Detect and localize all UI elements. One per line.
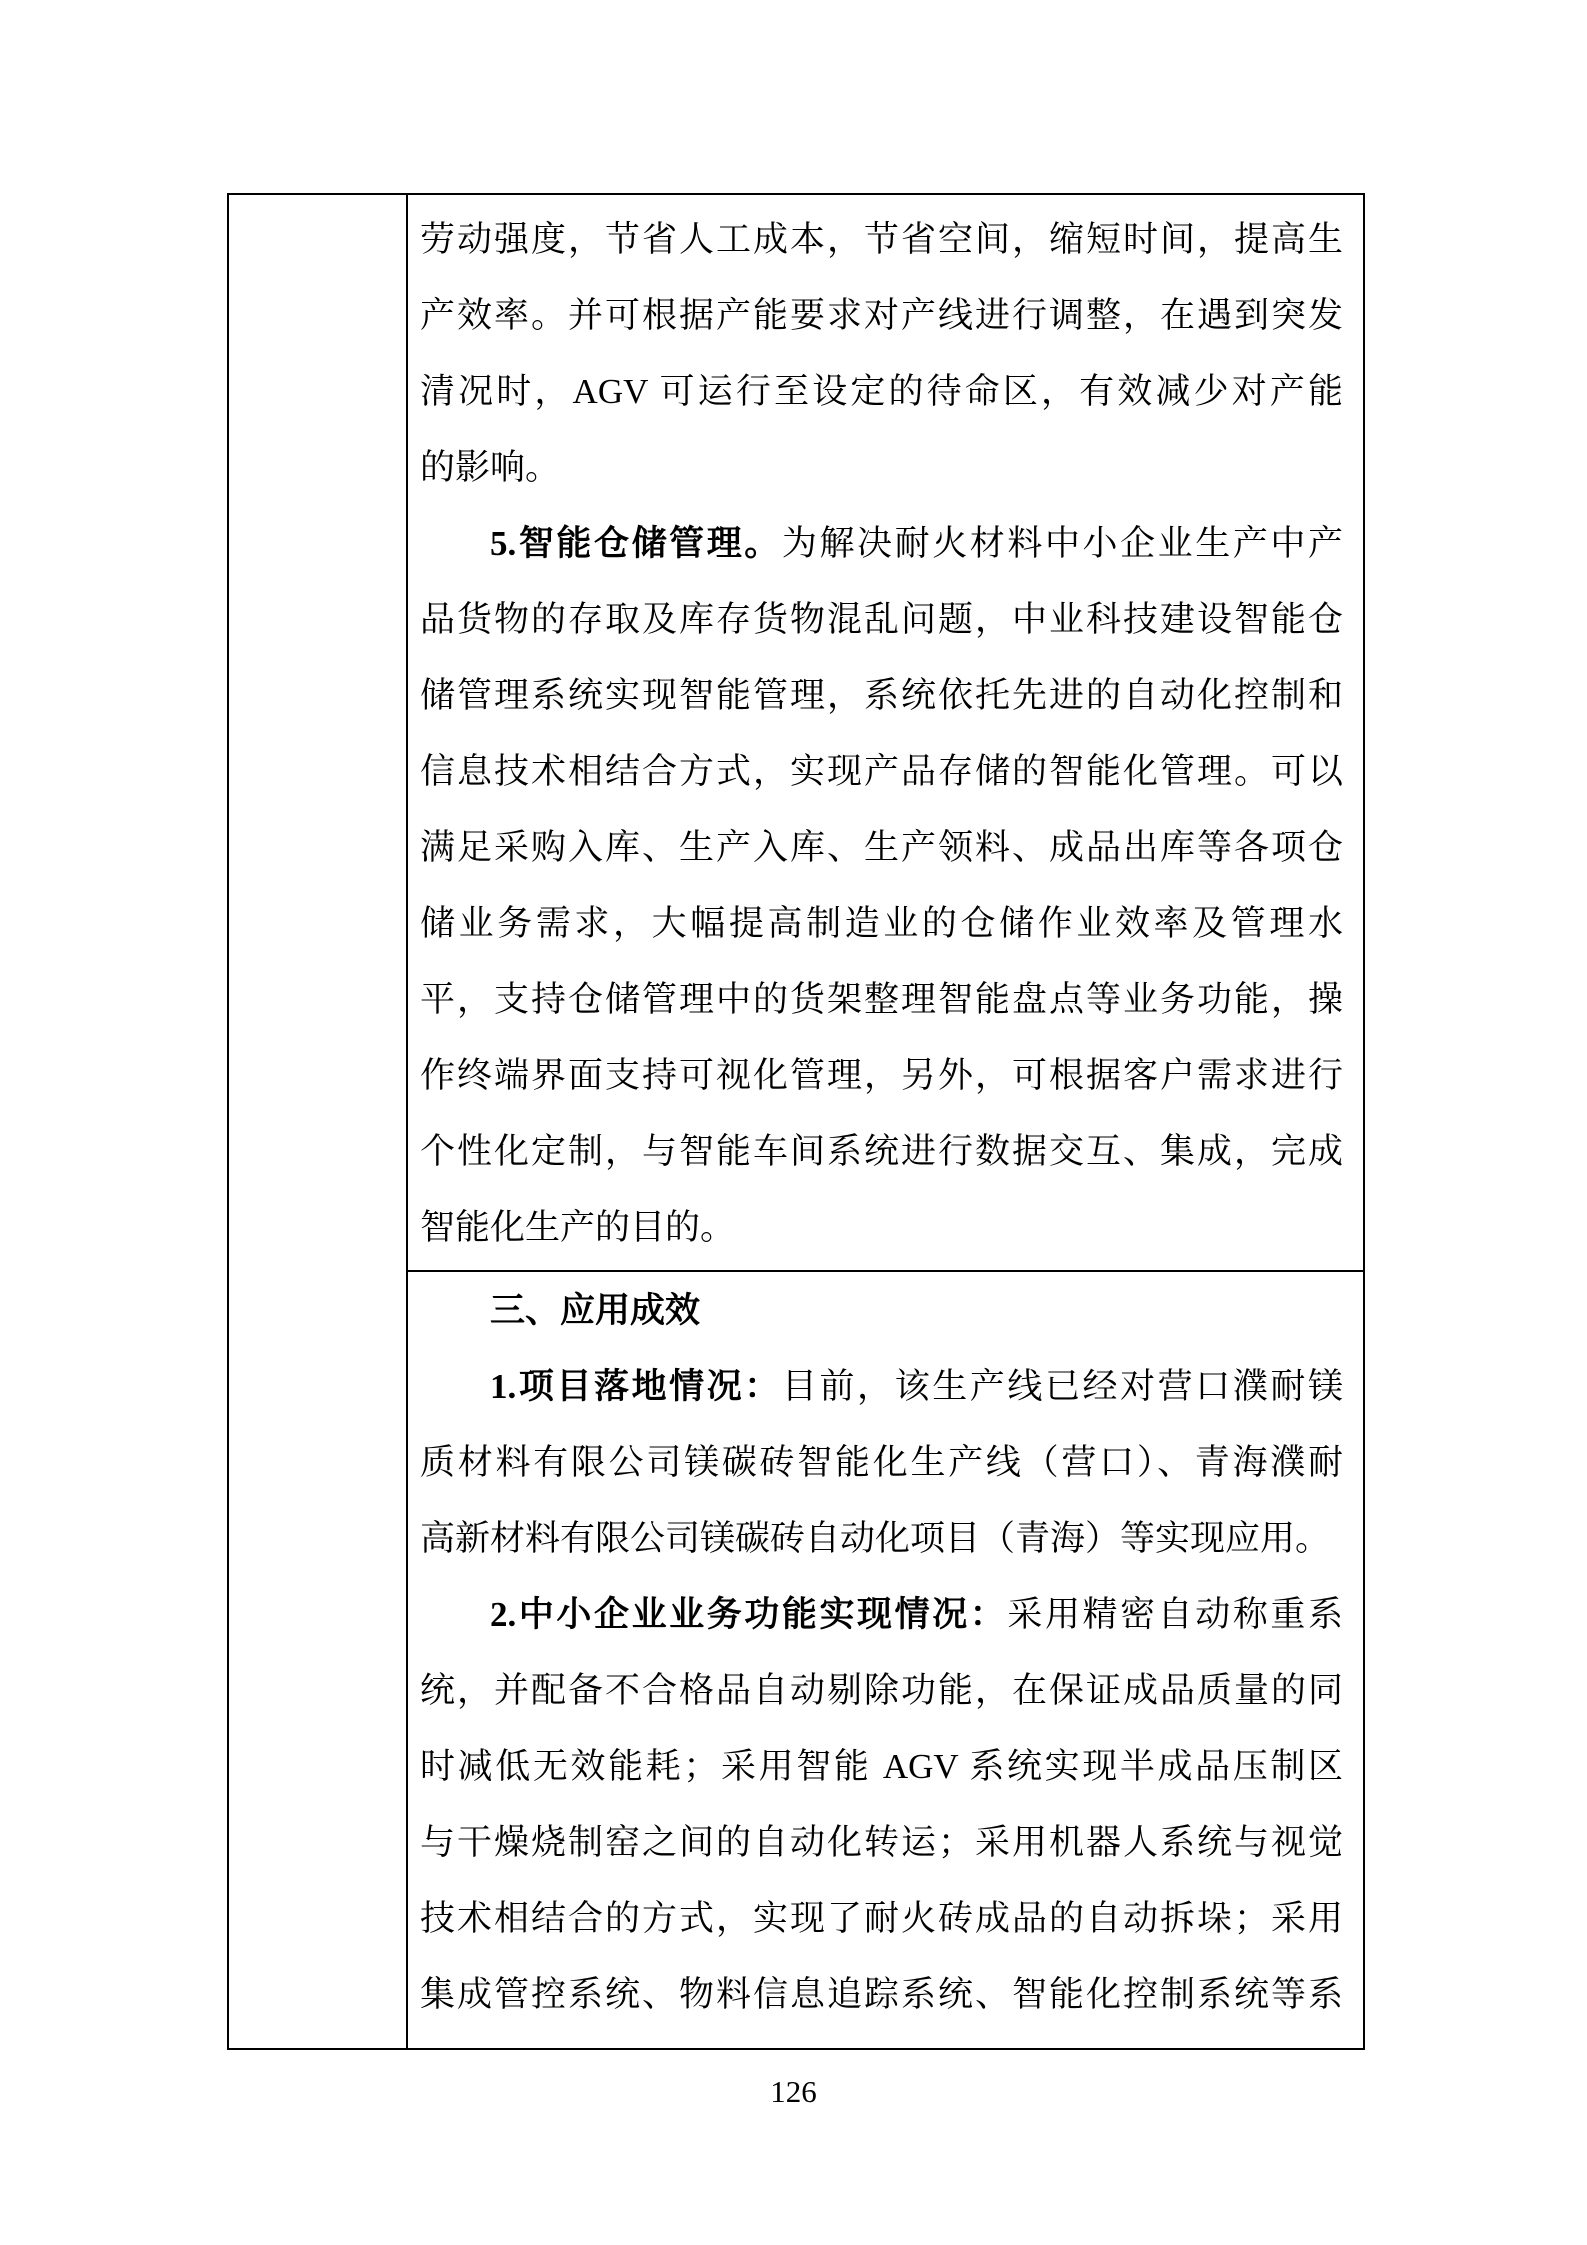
text-line: 储业务需求，大幅提高制造业的仓储作业效率及管理水	[420, 886, 1343, 962]
line-text: 储管理系统实现智能管理，系统依托先进的自动化控制和	[420, 676, 1343, 715]
text-line: 个性化定制，与智能车间系统进行数据交互、集成，完成	[420, 1114, 1343, 1190]
text-line: 平，支持仓储管理中的货架整理智能盘点等业务功能，操	[420, 962, 1343, 1038]
text-line: 集成管控系统、物料信息追踪系统、智能化控制系统等系	[420, 1957, 1343, 2033]
text-line: 信息技术相结合方式，实现产品存储的智能化管理。可以	[420, 734, 1343, 810]
line-text: 统，并配备不合格品自动剔除功能，在保证成品质量的同	[420, 1671, 1343, 1710]
text-line: 劳动强度，节省人工成本，节省空间，缩短时间，提高生	[420, 202, 1343, 278]
line-text: 的影响。	[420, 448, 560, 487]
line-text: 技术相结合的方式，实现了耐火砖成品的自动拆垛；采用	[420, 1899, 1343, 1938]
table-cell-left-empty	[229, 195, 408, 2048]
line-text: 采用精密自动称重系	[1007, 1595, 1343, 1634]
line-text: 个性化定制，与智能车间系统进行数据交互、集成，完成	[420, 1132, 1343, 1171]
text-line: 质材料有限公司镁碳砖智能化生产线（营口）、青海濮耐	[420, 1425, 1343, 1501]
line-text: 平，支持仓储管理中的货架整理智能盘点等业务功能，操	[420, 980, 1343, 1019]
line-text: 劳动强度，节省人工成本，节省空间，缩短时间，提高生	[420, 220, 1343, 259]
text-line: 储管理系统实现智能管理，系统依托先进的自动化控制和	[420, 658, 1343, 734]
line-text: 与干燥烧制窑之间的自动化转运；采用机器人系统与视觉	[420, 1823, 1343, 1862]
line-text: 时减低无效能耗；采用智能 AGV 系统实现半成品压制区	[420, 1747, 1343, 1786]
line-text: 集成管控系统、物料信息追踪系统、智能化控制系统等系	[420, 1975, 1343, 2014]
table-row: 劳动强度，节省人工成本，节省空间，缩短时间，提高生产效率。并可根据产能要求对产线…	[408, 195, 1363, 1270]
line-text: 质材料有限公司镁碳砖智能化生产线（营口）、青海濮耐	[420, 1443, 1343, 1482]
document-table: 劳动强度，节省人工成本，节省空间，缩短时间，提高生产效率。并可根据产能要求对产线…	[227, 193, 1365, 2050]
line-lead-bold: 三、应用成效	[490, 1291, 700, 1330]
text-line: 5.智能仓储管理。为解决耐火材料中小企业生产中产	[420, 506, 1343, 582]
text-line: 统，并配备不合格品自动剔除功能，在保证成品质量的同	[420, 1653, 1343, 1729]
line-text: 清况时，AGV 可运行至设定的待命区，有效减少对产能	[420, 372, 1343, 411]
text-line: 时减低无效能耗；采用智能 AGV 系统实现半成品压制区	[420, 1729, 1343, 1805]
line-text: 作终端界面支持可视化管理，另外，可根据客户需求进行	[420, 1056, 1343, 1095]
page-number: 126	[0, 2072, 1587, 2112]
text-line: 三、应用成效	[420, 1273, 1343, 1349]
text-line: 产效率。并可根据产能要求对产线进行调整，在遇到突发	[420, 278, 1343, 354]
line-lead-bold: 2.中小企业业务功能实现情况：	[490, 1595, 1007, 1634]
line-lead-bold: 5.智能仓储管理。	[490, 524, 782, 563]
line-text: 品货物的存取及库存货物混乱问题，中业科技建设智能仓	[420, 600, 1343, 639]
text-line: 技术相结合的方式，实现了耐火砖成品的自动拆垛；采用	[420, 1881, 1343, 1957]
line-text: 高新材料有限公司镁碳砖自动化项目（青海）等实现应用。	[420, 1519, 1330, 1558]
text-line: 高新材料有限公司镁碳砖自动化项目（青海）等实现应用。	[420, 1501, 1343, 1577]
text-line: 1.项目落地情况：目前，该生产线已经对营口濮耐镁	[420, 1349, 1343, 1425]
table-row: 三、应用成效1.项目落地情况：目前，该生产线已经对营口濮耐镁质材料有限公司镁碳砖…	[408, 1270, 1363, 2048]
line-text: 为解决耐火材料中小企业生产中产	[782, 524, 1343, 563]
text-line: 与干燥烧制窑之间的自动化转运；采用机器人系统与视觉	[420, 1805, 1343, 1881]
text-line: 的影响。	[420, 430, 1343, 506]
text-line: 作终端界面支持可视化管理，另外，可根据客户需求进行	[420, 1038, 1343, 1114]
line-text: 产效率。并可根据产能要求对产线进行调整，在遇到突发	[420, 296, 1343, 335]
line-text: 满足采购入库、生产入库、生产领料、成品出库等各项仓	[420, 828, 1343, 867]
text-line: 满足采购入库、生产入库、生产领料、成品出库等各项仓	[420, 810, 1343, 886]
document-page: 劳动强度，节省人工成本，节省空间，缩短时间，提高生产效率。并可根据产能要求对产线…	[0, 0, 1587, 2245]
text-line: 品货物的存取及库存货物混乱问题，中业科技建设智能仓	[420, 582, 1343, 658]
line-text: 目前，该生产线已经对营口濮耐镁	[782, 1367, 1343, 1406]
line-lead-bold: 1.项目落地情况：	[490, 1367, 782, 1406]
line-text: 储业务需求，大幅提高制造业的仓储作业效率及管理水	[420, 904, 1343, 943]
text-line: 2.中小企业业务功能实现情况：采用精密自动称重系	[420, 1577, 1343, 1653]
line-text: 信息技术相结合方式，实现产品存储的智能化管理。可以	[420, 752, 1343, 791]
text-line: 清况时，AGV 可运行至设定的待命区，有效减少对产能	[420, 354, 1343, 430]
line-text: 智能化生产的目的。	[420, 1208, 735, 1247]
table-column-content: 劳动强度，节省人工成本，节省空间，缩短时间，提高生产效率。并可根据产能要求对产线…	[408, 195, 1363, 2048]
text-line: 智能化生产的目的。	[420, 1190, 1343, 1266]
